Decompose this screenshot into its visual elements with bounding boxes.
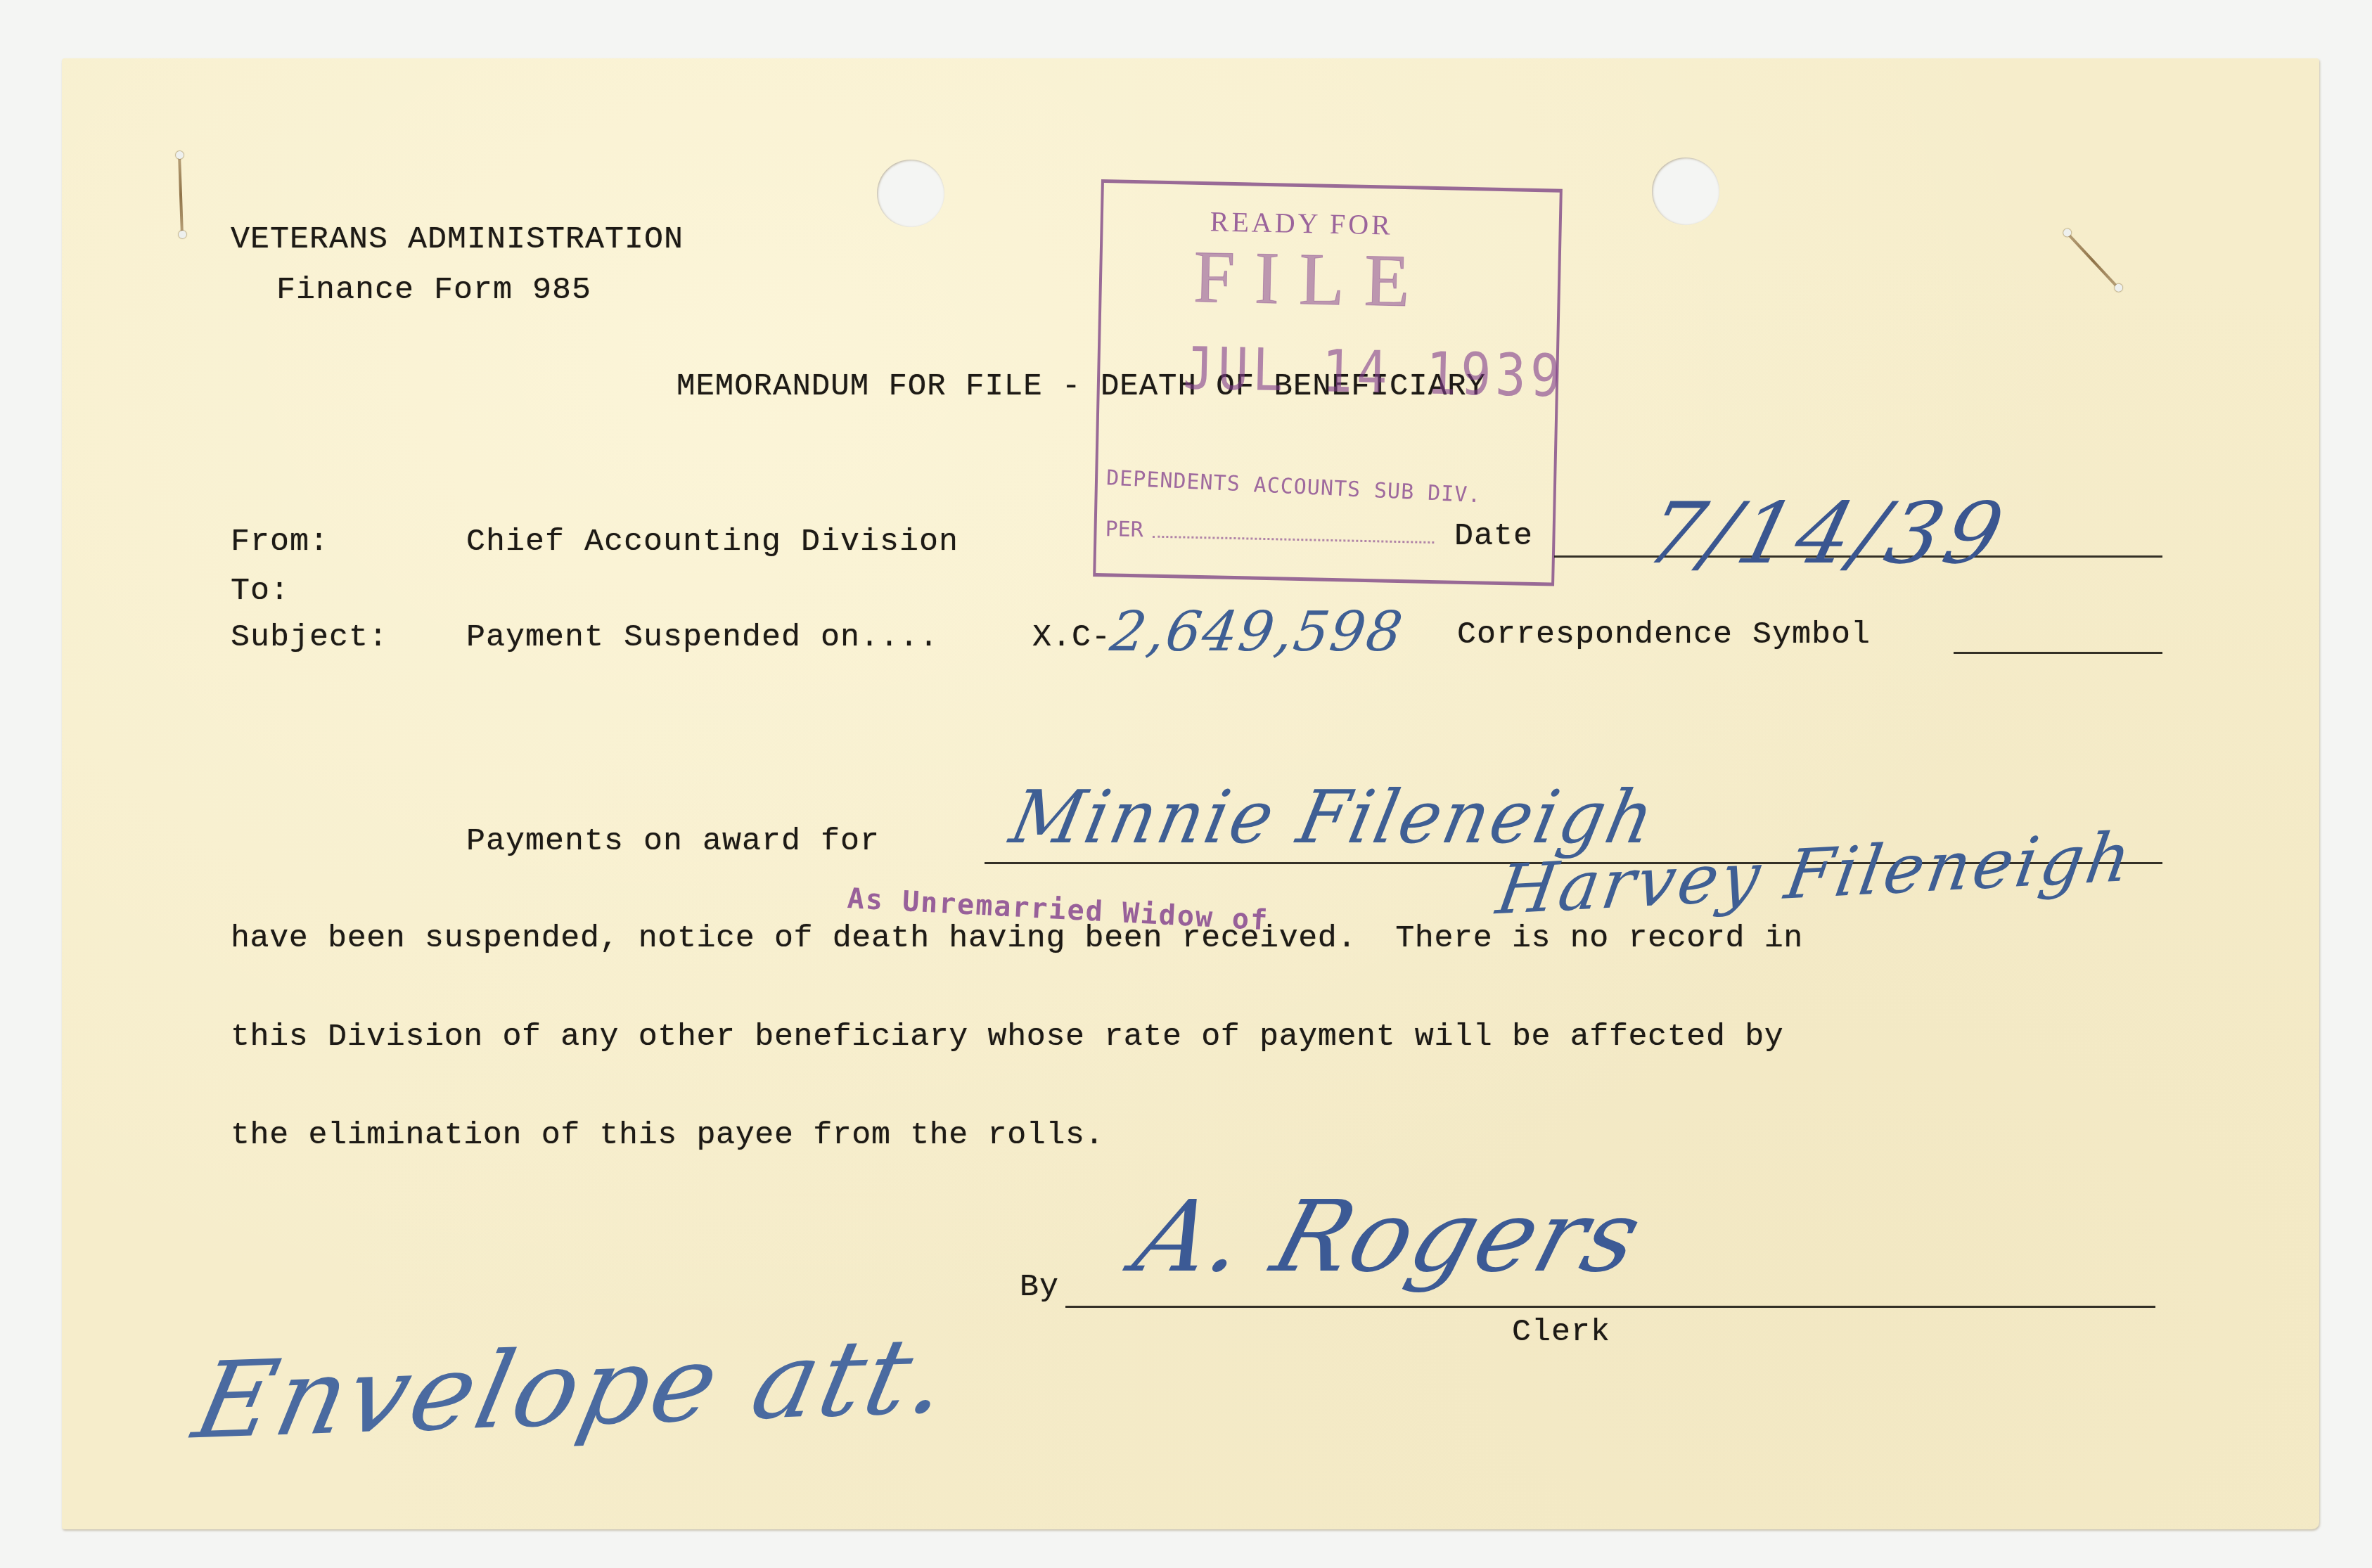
- body-intro: Payments on award for: [466, 825, 880, 857]
- signature-line: [1065, 1306, 2155, 1308]
- stamp-file: FILE: [1193, 240, 1430, 319]
- stamp-per-label: PER: [1105, 519, 1143, 541]
- stamp-ready-for: READY FOR: [1210, 207, 1393, 239]
- beneficiary-handwritten: Minnie Fileneigh: [1005, 780, 1662, 854]
- body-line-1: have been suspended, notice of death hav…: [231, 923, 1803, 954]
- stamp-per-line: [1153, 536, 1434, 544]
- by-label: By: [1020, 1271, 1059, 1303]
- from-value: Chief Accounting Division: [466, 526, 959, 558]
- file-number-handwritten: 2,649,598: [1108, 605, 1407, 660]
- punch-hole-left: [877, 160, 944, 227]
- agency-name: VETERANS ADMINISTRATION: [231, 224, 684, 255]
- subject-value: Payment Suspended on....: [466, 622, 939, 653]
- form-number: Finance Form 985: [276, 274, 591, 306]
- subject-file-prefix: X.C-: [1032, 622, 1111, 653]
- stamp-date: JUL 14 1939: [1183, 339, 1565, 405]
- stamp-division: DEPENDENTS ACCOUNTS SUB DIV.: [1105, 468, 1482, 506]
- punch-hole-right: [1652, 158, 1719, 225]
- clerk-label: Clerk: [1512, 1316, 1610, 1348]
- correspondence-symbol-label: Correspondence Symbol: [1457, 619, 1871, 650]
- date-handwritten: 7/14/39: [1639, 492, 2015, 577]
- correspondence-symbol-line[interactable]: [1954, 652, 2162, 654]
- envelope-attached-note: Envelope att.: [186, 1323, 961, 1455]
- to-label: To:: [231, 575, 290, 607]
- from-label: From:: [231, 526, 329, 558]
- subject-label: Subject:: [231, 622, 388, 653]
- body-line-3: the elimination of this payee from the r…: [231, 1119, 1104, 1151]
- date-label: Date: [1454, 520, 1533, 552]
- body-line-2: this Division of any other beneficiary w…: [231, 1021, 1783, 1053]
- signature-handwritten: A. Rogers: [1125, 1188, 1652, 1287]
